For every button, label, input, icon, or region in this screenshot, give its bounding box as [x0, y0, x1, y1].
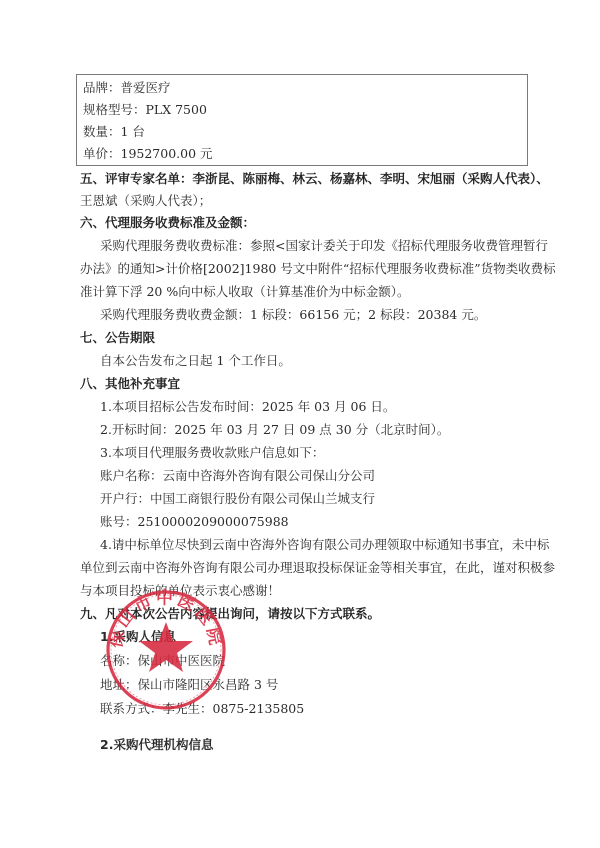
- purchaser-contact: 联系方式：李先生：0875-2135805: [100, 698, 304, 720]
- unit-price-line: 单价：1952700.00 元: [83, 143, 527, 165]
- section8-title: 八、其他补充事宜: [80, 373, 180, 395]
- brand-line: 品牌：普爱医疗: [83, 77, 527, 99]
- section8-item4-line3: 与本项目投标的单位表示衷心感谢！: [80, 580, 280, 602]
- quantity-line: 数量：1 台: [83, 121, 527, 143]
- section9-title: 九、凡对本次公告内容提出询问，请按以下方式联系。: [80, 603, 380, 625]
- model-line: 规格型号：PLX 7500: [83, 99, 527, 121]
- section8-item4-line2: 单位到云南中咨海外咨询有限公司办理退取投标保证金等相关事宜，在此，谨对积极参: [80, 557, 555, 579]
- section8-item3: 3.本项目代理服务费收款账户信息如下：: [100, 442, 324, 464]
- purchaser-info-title: 1.采购人信息: [100, 626, 176, 648]
- section7-title: 七、公告期限: [80, 327, 155, 349]
- section6-amount-line: 采购代理服务费收费金额：1 标段：66156 元；2 标段：20384 元。: [100, 304, 486, 326]
- section8-item2: 2.开标时间：2025 年 03 月 27 日 09 点 30 分（北京时间）。: [100, 419, 449, 441]
- product-info-box: 品牌：普爱医疗 规格型号：PLX 7500 数量：1 台 单价：1952700.…: [76, 74, 528, 166]
- section5-text: 五、评审专家名单：李浙昆、陈丽梅、林云、杨嘉林、李明、宋旭丽（采购人代表）、: [80, 171, 549, 186]
- document-page: 品牌：普爱医疗 规格型号：PLX 7500 数量：1 台 单价：1952700.…: [0, 0, 600, 848]
- account-name: 账户名称：云南中咨海外咨询有限公司保山分公司: [100, 465, 375, 487]
- section6-title: 六、代理服务收费标准及金额：: [80, 212, 255, 234]
- purchaser-name: 名称：保山市中医医院: [100, 650, 225, 672]
- section6-standard-line1: 采购代理服务费收费标准：参照<国家计委关于印发《招标代理服务收费管理暂行: [100, 235, 548, 257]
- section6-standard-line3: 准计算下浮 20 %向中标人收取（计算基准价为中标金额）。: [80, 281, 409, 303]
- bank-name: 开户行：中国工商银行股份有限公司保山兰城支行: [100, 488, 375, 510]
- account-number: 账号：2510000209000075988: [100, 511, 289, 533]
- section8-item1: 1.本项目招标公告发布时间：2025 年 03 月 06 日。: [100, 396, 395, 418]
- section6-standard-line2: 办法》的通知>计价格[2002]1980 号文中附件“招标代理服务收费标准”货物…: [80, 258, 556, 280]
- section5-line1: 五、评审专家名单：李浙昆、陈丽梅、林云、杨嘉林、李明、宋旭丽（采购人代表）、: [80, 168, 549, 190]
- section8-item4-line1: 4.请中标单位尽快到云南中咨海外咨询有限公司办理领取中标通知书事宜，未中标: [100, 534, 549, 556]
- purchaser-address: 地址：保山市隆阳区永昌路 3 号: [100, 674, 278, 696]
- section5-line2: 王恩斌（采购人代表）；: [80, 190, 211, 212]
- agency-info-title: 2.采购代理机构信息: [100, 734, 213, 756]
- section7-text: 自本公告发布之日起 1 个工作日。: [100, 350, 291, 372]
